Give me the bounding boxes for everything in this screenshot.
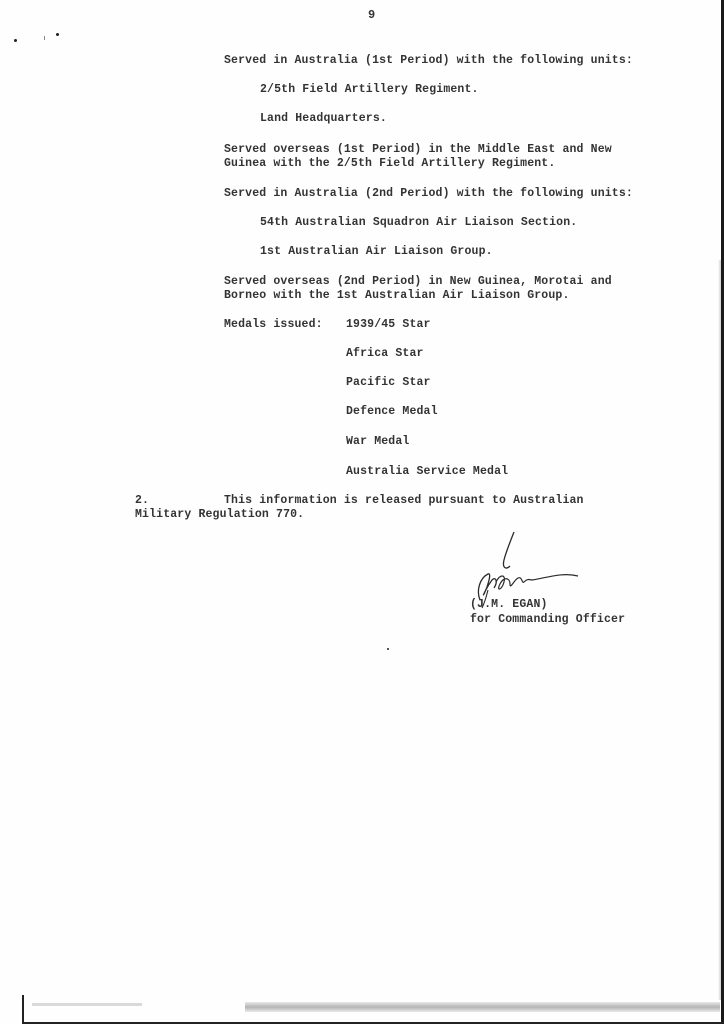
page-number: 9	[368, 8, 375, 22]
first-period-australia-heading: Served in Australia (1st Period) with th…	[224, 54, 633, 68]
medal-item: Defence Medal	[346, 405, 438, 419]
scan-speck	[44, 36, 45, 40]
first-period-overseas-line1: Served overseas (1st Period) in the Midd…	[224, 143, 612, 157]
medal-item: War Medal	[346, 435, 409, 449]
scan-artifact	[32, 1003, 142, 1006]
document-page: 9 Served in Australia (1st Period) with …	[0, 0, 724, 1024]
paragraph2-line2: Military Regulation 770.	[135, 508, 304, 522]
second-period-overseas-line1: Served overseas (2nd Period) in New Guin…	[224, 275, 612, 289]
second-period-australia-heading: Served in Australia (2nd Period) with th…	[224, 187, 633, 201]
scan-speck	[14, 39, 17, 42]
unit-item: Land Headquarters.	[260, 112, 387, 126]
scan-speck	[56, 33, 59, 36]
unit-item: 54th Australian Squadron Air Liaison Sec…	[260, 216, 577, 230]
first-period-overseas-line2: Guinea with the 2/5th Field Artillery Re…	[224, 157, 555, 171]
scan-speck	[387, 648, 389, 650]
scan-artifact	[245, 1002, 720, 1012]
second-period-overseas-line2: Borneo with the 1st Australian Air Liais…	[224, 289, 570, 303]
signatory-name: (J.M. EGAN)	[470, 598, 548, 612]
signatory-title: for Commanding Officer	[470, 613, 625, 627]
unit-item: 1st Australian Air Liaison Group.	[260, 245, 493, 259]
medal-item: Australia Service Medal	[346, 465, 508, 479]
paragraph2-line1: This information is released pursuant to…	[224, 494, 584, 508]
medal-item: 1939/45 Star	[346, 318, 431, 332]
unit-item: 2/5th Field Artillery Regiment.	[260, 83, 479, 97]
medal-item: Africa Star	[346, 347, 424, 361]
scan-edge-left	[22, 995, 24, 1024]
medals-label: Medals issued:	[224, 318, 323, 332]
medal-item: Pacific Star	[346, 376, 431, 390]
paragraph-number: 2.	[135, 494, 149, 508]
